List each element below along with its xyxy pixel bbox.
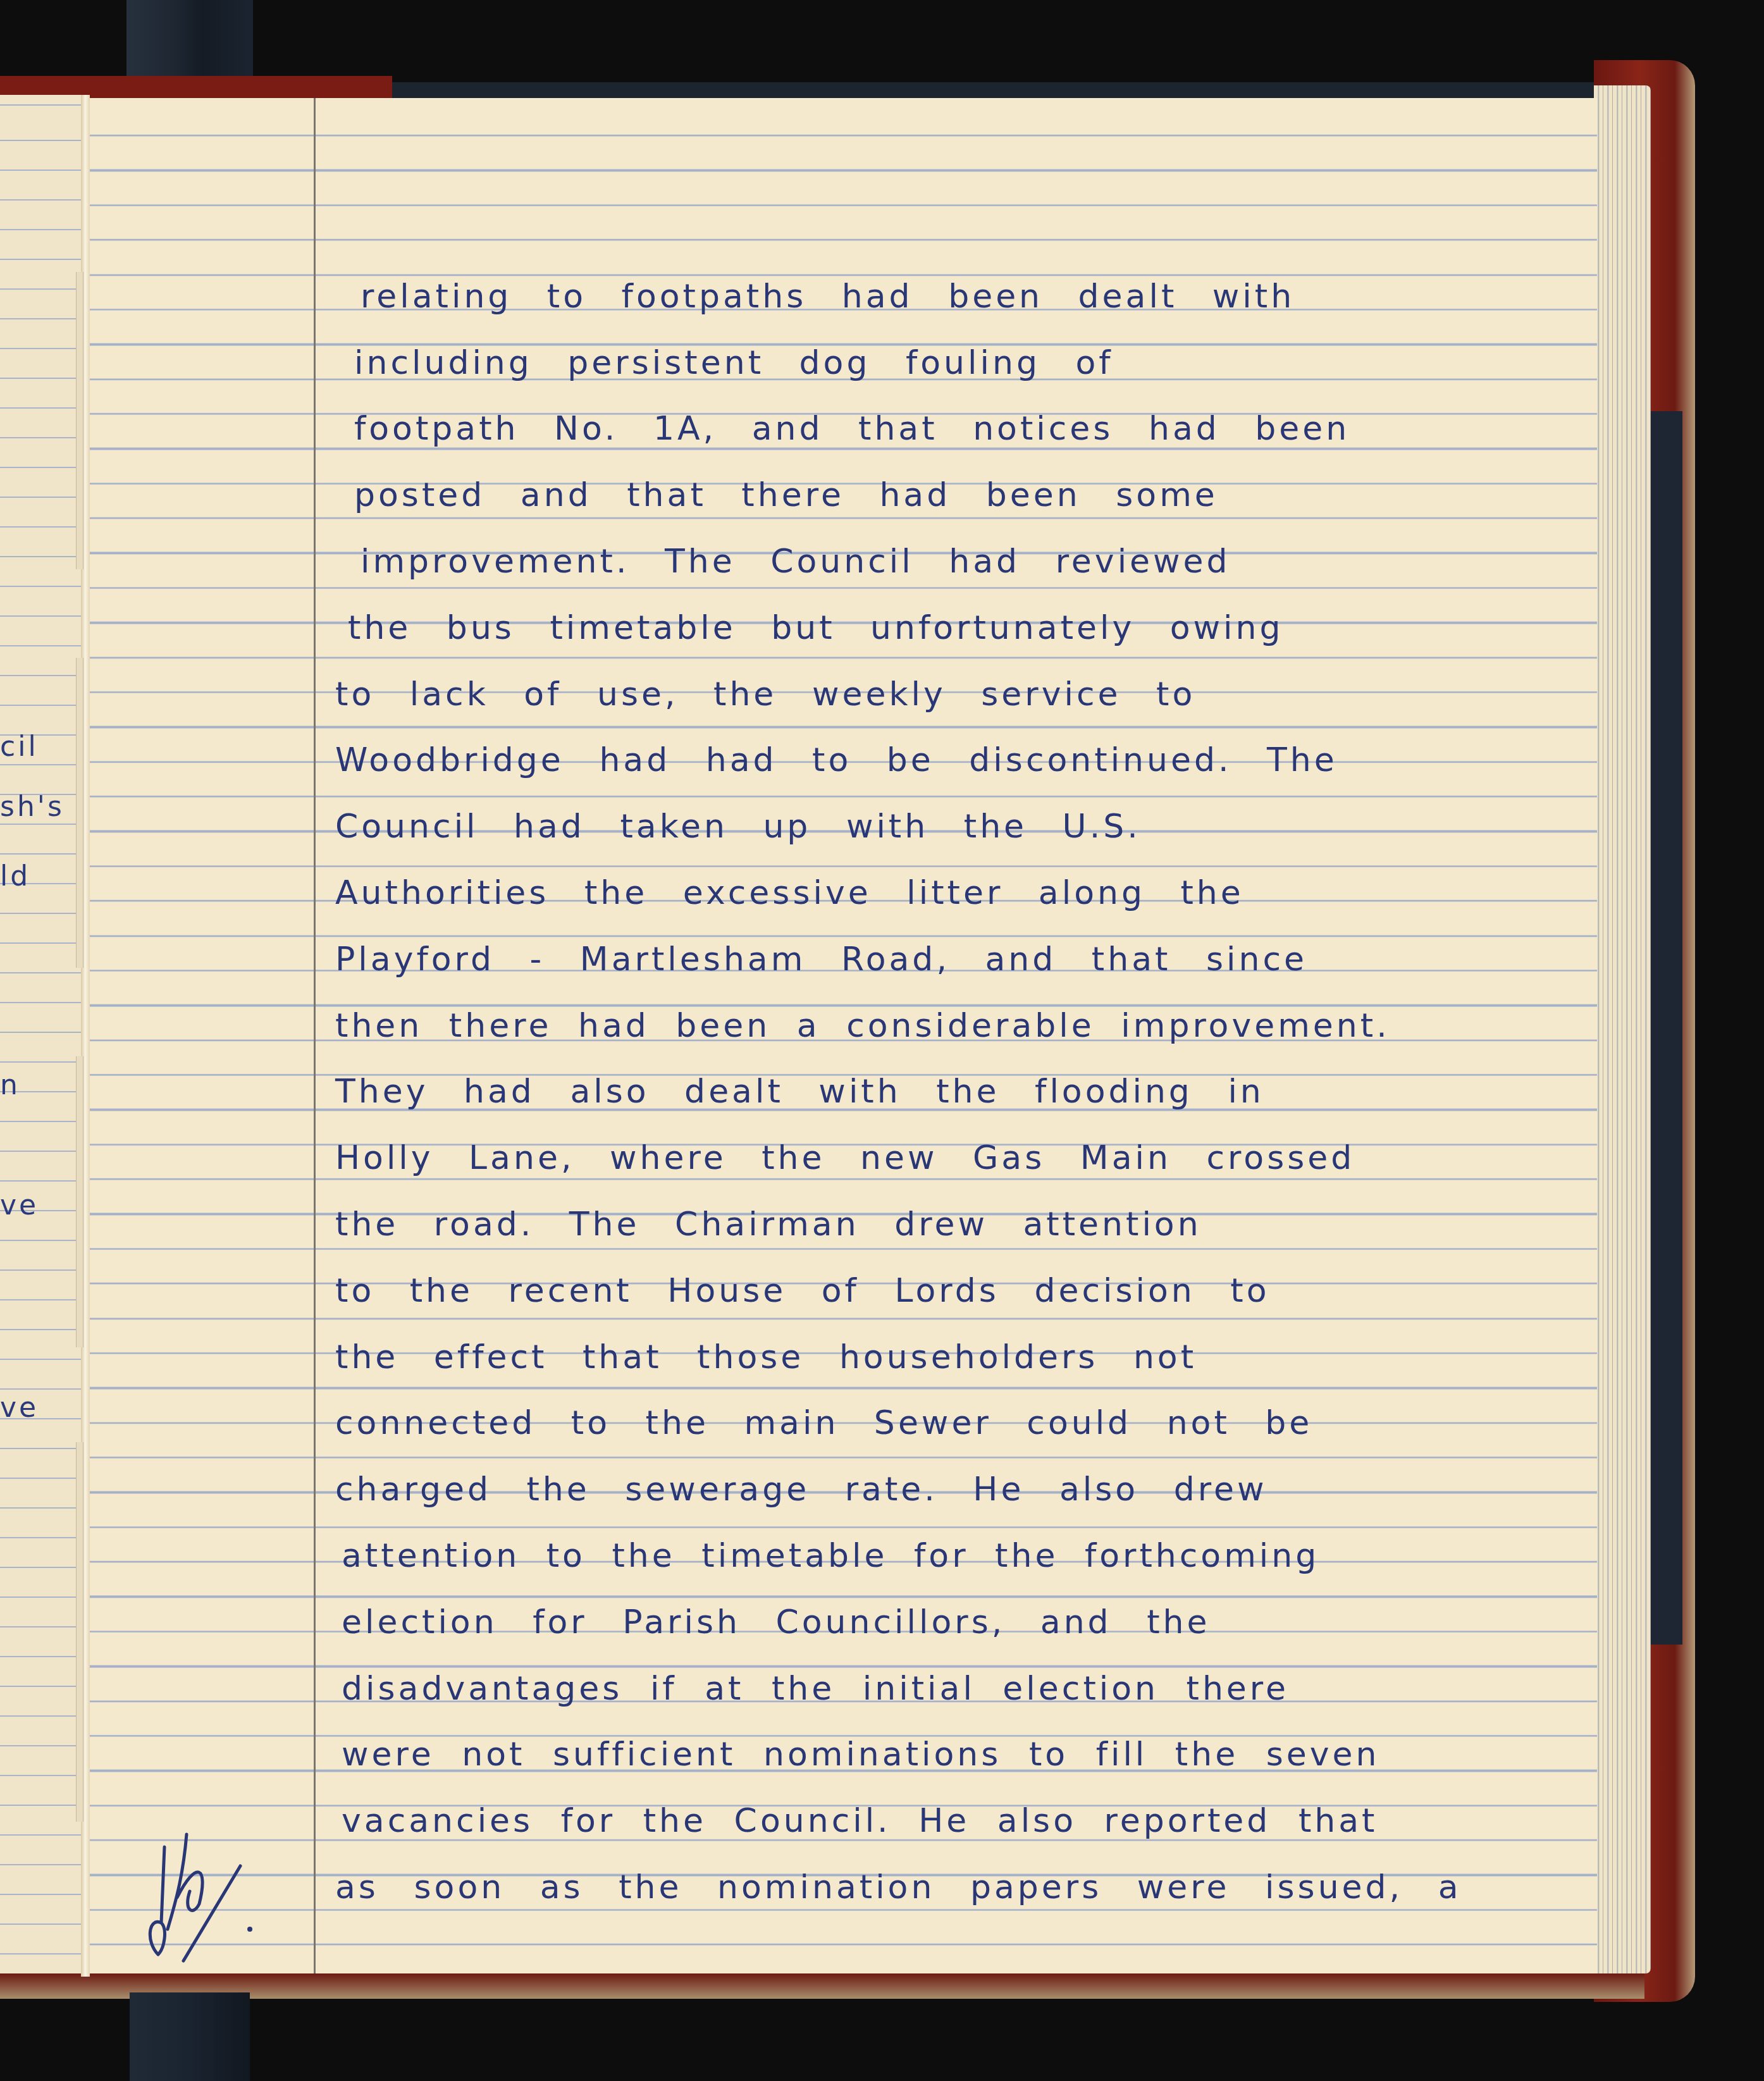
text-line: the bus timetable but unfortunately owin…: [329, 584, 1581, 651]
text-line: then there had been a considerable impro…: [329, 982, 1581, 1049]
left-page: [0, 95, 85, 1973]
text-line: to the recent House of Lords decision to: [329, 1247, 1581, 1314]
bookmark-ribbon-bottom: [130, 1992, 250, 2081]
text-line: improvement. The Council had reviewed: [329, 518, 1581, 584]
left-page-fragment: ve: [0, 1189, 39, 1221]
text-line: charged the sewerage rate. He also drew: [329, 1446, 1581, 1512]
text-line: to lack of use, the weekly service to: [329, 651, 1581, 717]
text-line: vacancies for the Council. He also repor…: [329, 1777, 1581, 1844]
text-line: the effect that those householders not: [329, 1314, 1581, 1380]
binding-stitch: [76, 1442, 83, 1822]
left-page-fragment: n: [0, 1069, 20, 1101]
text-line: They had also dealt with the flooding in: [329, 1049, 1581, 1115]
text-line: the road. The Chairman drew attention: [329, 1181, 1581, 1247]
text-line: Playford - Martlesham Road, and that sin…: [329, 916, 1581, 982]
text-line: Authorities the excessive litter along t…: [329, 849, 1581, 916]
page-block-edges: [1594, 85, 1651, 1973]
text-line: including persistent dog fouling of: [329, 319, 1581, 386]
binding-stitch: [76, 272, 83, 569]
text-line: Holly Lane, where the new Gas Main cross…: [329, 1115, 1581, 1181]
text-line: disadvantages if at the initial election…: [329, 1645, 1581, 1712]
left-page-fragment: ld: [0, 860, 30, 892]
left-page-fragment: ve: [0, 1392, 39, 1424]
text-line: Woodbridge had had to be discontinued. T…: [329, 717, 1581, 784]
binding-stitch: [76, 1056, 83, 1347]
left-page-fragment: sh's: [0, 791, 65, 823]
text-line: posted and that there had been some: [329, 452, 1581, 518]
margin-rule: [314, 98, 316, 1973]
text-line: relating to footpaths had been dealt wit…: [329, 253, 1581, 319]
cover-spine-cloth: [1651, 411, 1682, 1645]
margin-initials-signature: JLB/.: [139, 1822, 266, 1967]
text-line: footpath No. 1A, and that notices had be…: [329, 386, 1581, 452]
handwritten-minutes: relating to footpaths had been dealt wit…: [329, 253, 1581, 1910]
text-line: election for Parish Councillors, and the: [329, 1579, 1581, 1645]
binding-stitch: [76, 658, 83, 968]
text-line: connected to the main Sewer could not be: [329, 1380, 1581, 1447]
text-line: Council had taken up with the U.S.: [329, 783, 1581, 849]
text-line: as soon as the nomination papers were is…: [329, 1844, 1581, 1910]
text-line: attention to the timetable for the forth…: [329, 1512, 1581, 1579]
text-line: were not sufficient nominations to fill …: [329, 1712, 1581, 1778]
left-page-fragment: cil: [0, 731, 39, 763]
